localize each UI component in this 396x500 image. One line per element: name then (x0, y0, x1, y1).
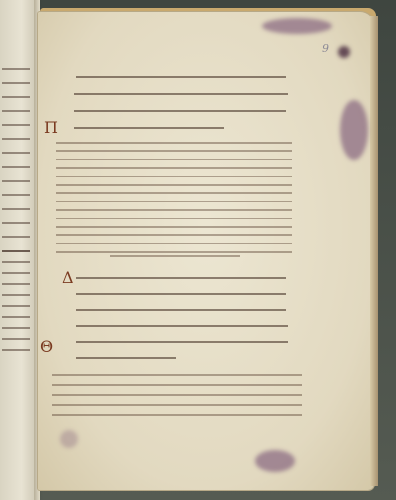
text-line (76, 341, 288, 343)
text-line (110, 255, 240, 257)
text-line (2, 338, 30, 340)
text-line (2, 82, 30, 84)
text-line (56, 184, 292, 186)
text-line (2, 283, 30, 285)
text-line (76, 277, 286, 279)
text-line (2, 180, 30, 182)
text-line (2, 124, 30, 126)
text-line (52, 394, 302, 396)
initial-letter: Π (44, 118, 58, 137)
stain (262, 18, 332, 34)
text-line (2, 316, 30, 318)
text-line (2, 222, 30, 224)
text-line (76, 293, 286, 295)
text-line (74, 93, 288, 95)
text-line (56, 218, 292, 220)
text-line (56, 176, 292, 178)
text-line (2, 96, 30, 98)
text-line (2, 349, 30, 351)
text-line (56, 159, 292, 161)
text-line (52, 414, 302, 416)
text-line (56, 209, 292, 211)
text-line (2, 261, 30, 263)
text-line (76, 309, 286, 311)
stain (340, 100, 368, 160)
text-line (74, 127, 224, 129)
text-line (2, 327, 30, 329)
text-line (52, 384, 302, 386)
text-line (76, 76, 286, 78)
text-line (2, 110, 30, 112)
text-line (56, 201, 292, 203)
stain (60, 430, 78, 448)
initial-letter: Θ (40, 337, 53, 356)
text-line (56, 251, 292, 253)
text-line (2, 68, 30, 70)
initial-letter: Δ (62, 268, 74, 287)
text-line (56, 226, 292, 228)
text-line (52, 374, 302, 376)
text-line (56, 192, 292, 194)
stain (255, 450, 295, 472)
text-line (2, 166, 30, 168)
text-line (2, 152, 30, 154)
text-line (56, 167, 292, 169)
text-line (2, 236, 30, 238)
stain (338, 46, 350, 58)
text-line (2, 294, 30, 296)
text-line (74, 110, 286, 112)
text-line (2, 138, 30, 140)
text-line (56, 142, 292, 144)
text-line (76, 325, 288, 327)
text-line (56, 243, 292, 245)
text-line (52, 404, 302, 406)
text-line (2, 250, 30, 252)
text-line (2, 272, 30, 274)
text-line (56, 234, 292, 236)
text-line (2, 194, 30, 196)
folio-number: 9 (322, 42, 329, 55)
text-line (2, 305, 30, 307)
right-edge (370, 16, 378, 486)
text-line (2, 208, 30, 210)
text-line (76, 357, 176, 359)
text-line (56, 150, 292, 152)
